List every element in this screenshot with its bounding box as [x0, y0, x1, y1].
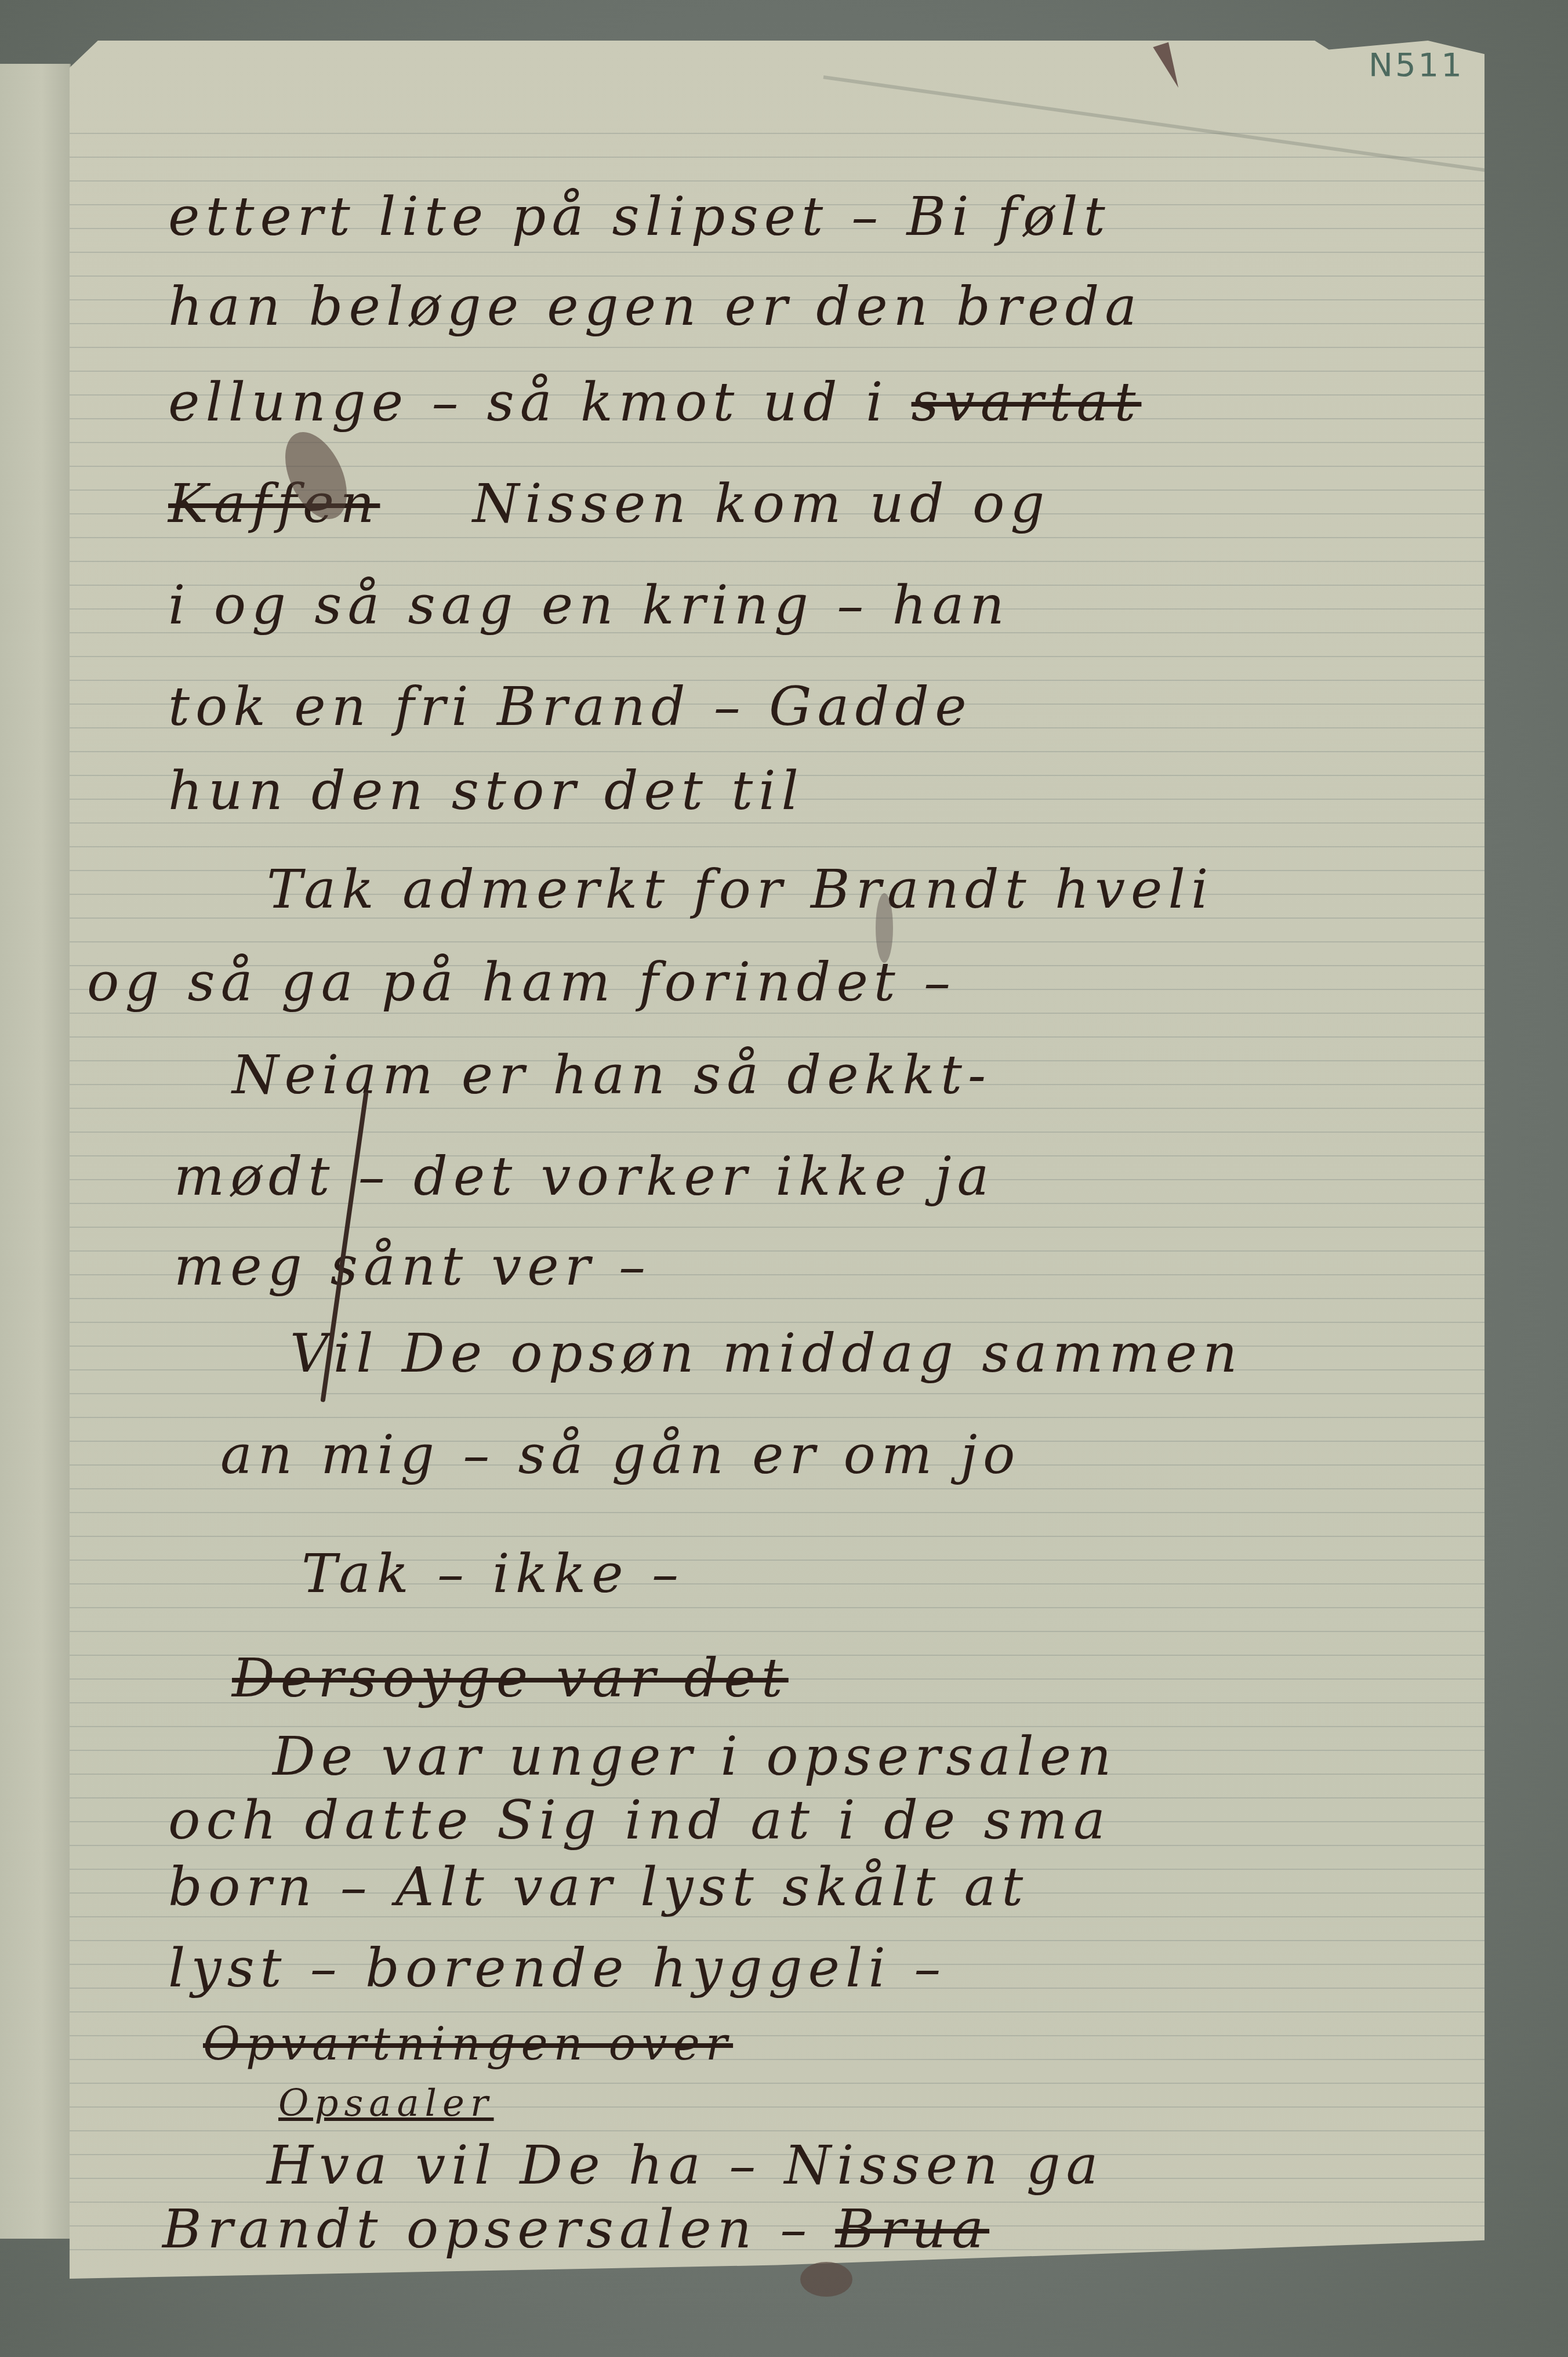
manuscript-line: och datte Sig ind at i de sma — [168, 1789, 1111, 1851]
manuscript-line: ellunge – så kmot ud i svartat — [168, 371, 1141, 433]
manuscript-line: og så ga på ham forindet – — [87, 951, 956, 1013]
manuscript-line: Hva vil De ha – Nissen ga — [267, 2134, 1104, 2196]
manuscript-line-struck: Dersoyge var det — [232, 1647, 789, 1709]
manuscript-line: Tak – ikke – — [302, 1543, 684, 1605]
manuscript-line: tok en fri Brand – Gadde — [168, 676, 972, 738]
facing-page-edge — [0, 64, 71, 2239]
manuscript-line: born – Alt var lyst skålt at — [168, 1856, 1029, 1918]
manuscript-line-insertion: Opsaaler — [278, 2082, 494, 2125]
manuscript-line: ettert lite på slipset – Bi følt — [168, 186, 1111, 248]
struck-word: svartat — [912, 371, 1142, 433]
manuscript-line: i og så sag en kring – han — [168, 574, 1010, 636]
struck-word: Kaffen — [168, 473, 380, 535]
archive-number: N511 — [1369, 46, 1464, 84]
manuscript-line: De var unger i opsersalen — [273, 1725, 1117, 1787]
line-text: ellunge – så kmot ud i — [168, 371, 888, 433]
manuscript-line: han beløge egen er den breda — [168, 275, 1142, 338]
manuscript-line: mødt – det vorker ikke ja — [174, 1145, 994, 1207]
manuscript-line: Neiam er han så dekkt- — [232, 1044, 992, 1106]
manuscript-line: lyst – borende hyggeli – — [168, 1937, 946, 1999]
ink-smudge — [876, 893, 893, 963]
struck-word: Brua — [835, 2198, 989, 2260]
manuscript-line: hun den stor det til — [168, 760, 804, 822]
line-text: Brandt opsersalen – — [162, 2198, 812, 2260]
manuscript-line: Tak admerkt for Brandt hveli — [267, 858, 1214, 920]
manuscript-line: meg sånt ver – — [174, 1235, 651, 1297]
manuscript-line: Brandt opsersalen – Brua — [162, 2198, 989, 2260]
manuscript-line: Vil De opsøn middag sammen — [290, 1322, 1243, 1384]
manuscript-line: an mig – så gån er om jo — [220, 1424, 1021, 1486]
ink-blot — [800, 2262, 852, 2297]
manuscript-line-struck: Opvartningen over — [203, 2018, 733, 2070]
line-text: Nissen kom ud og — [473, 473, 1051, 535]
